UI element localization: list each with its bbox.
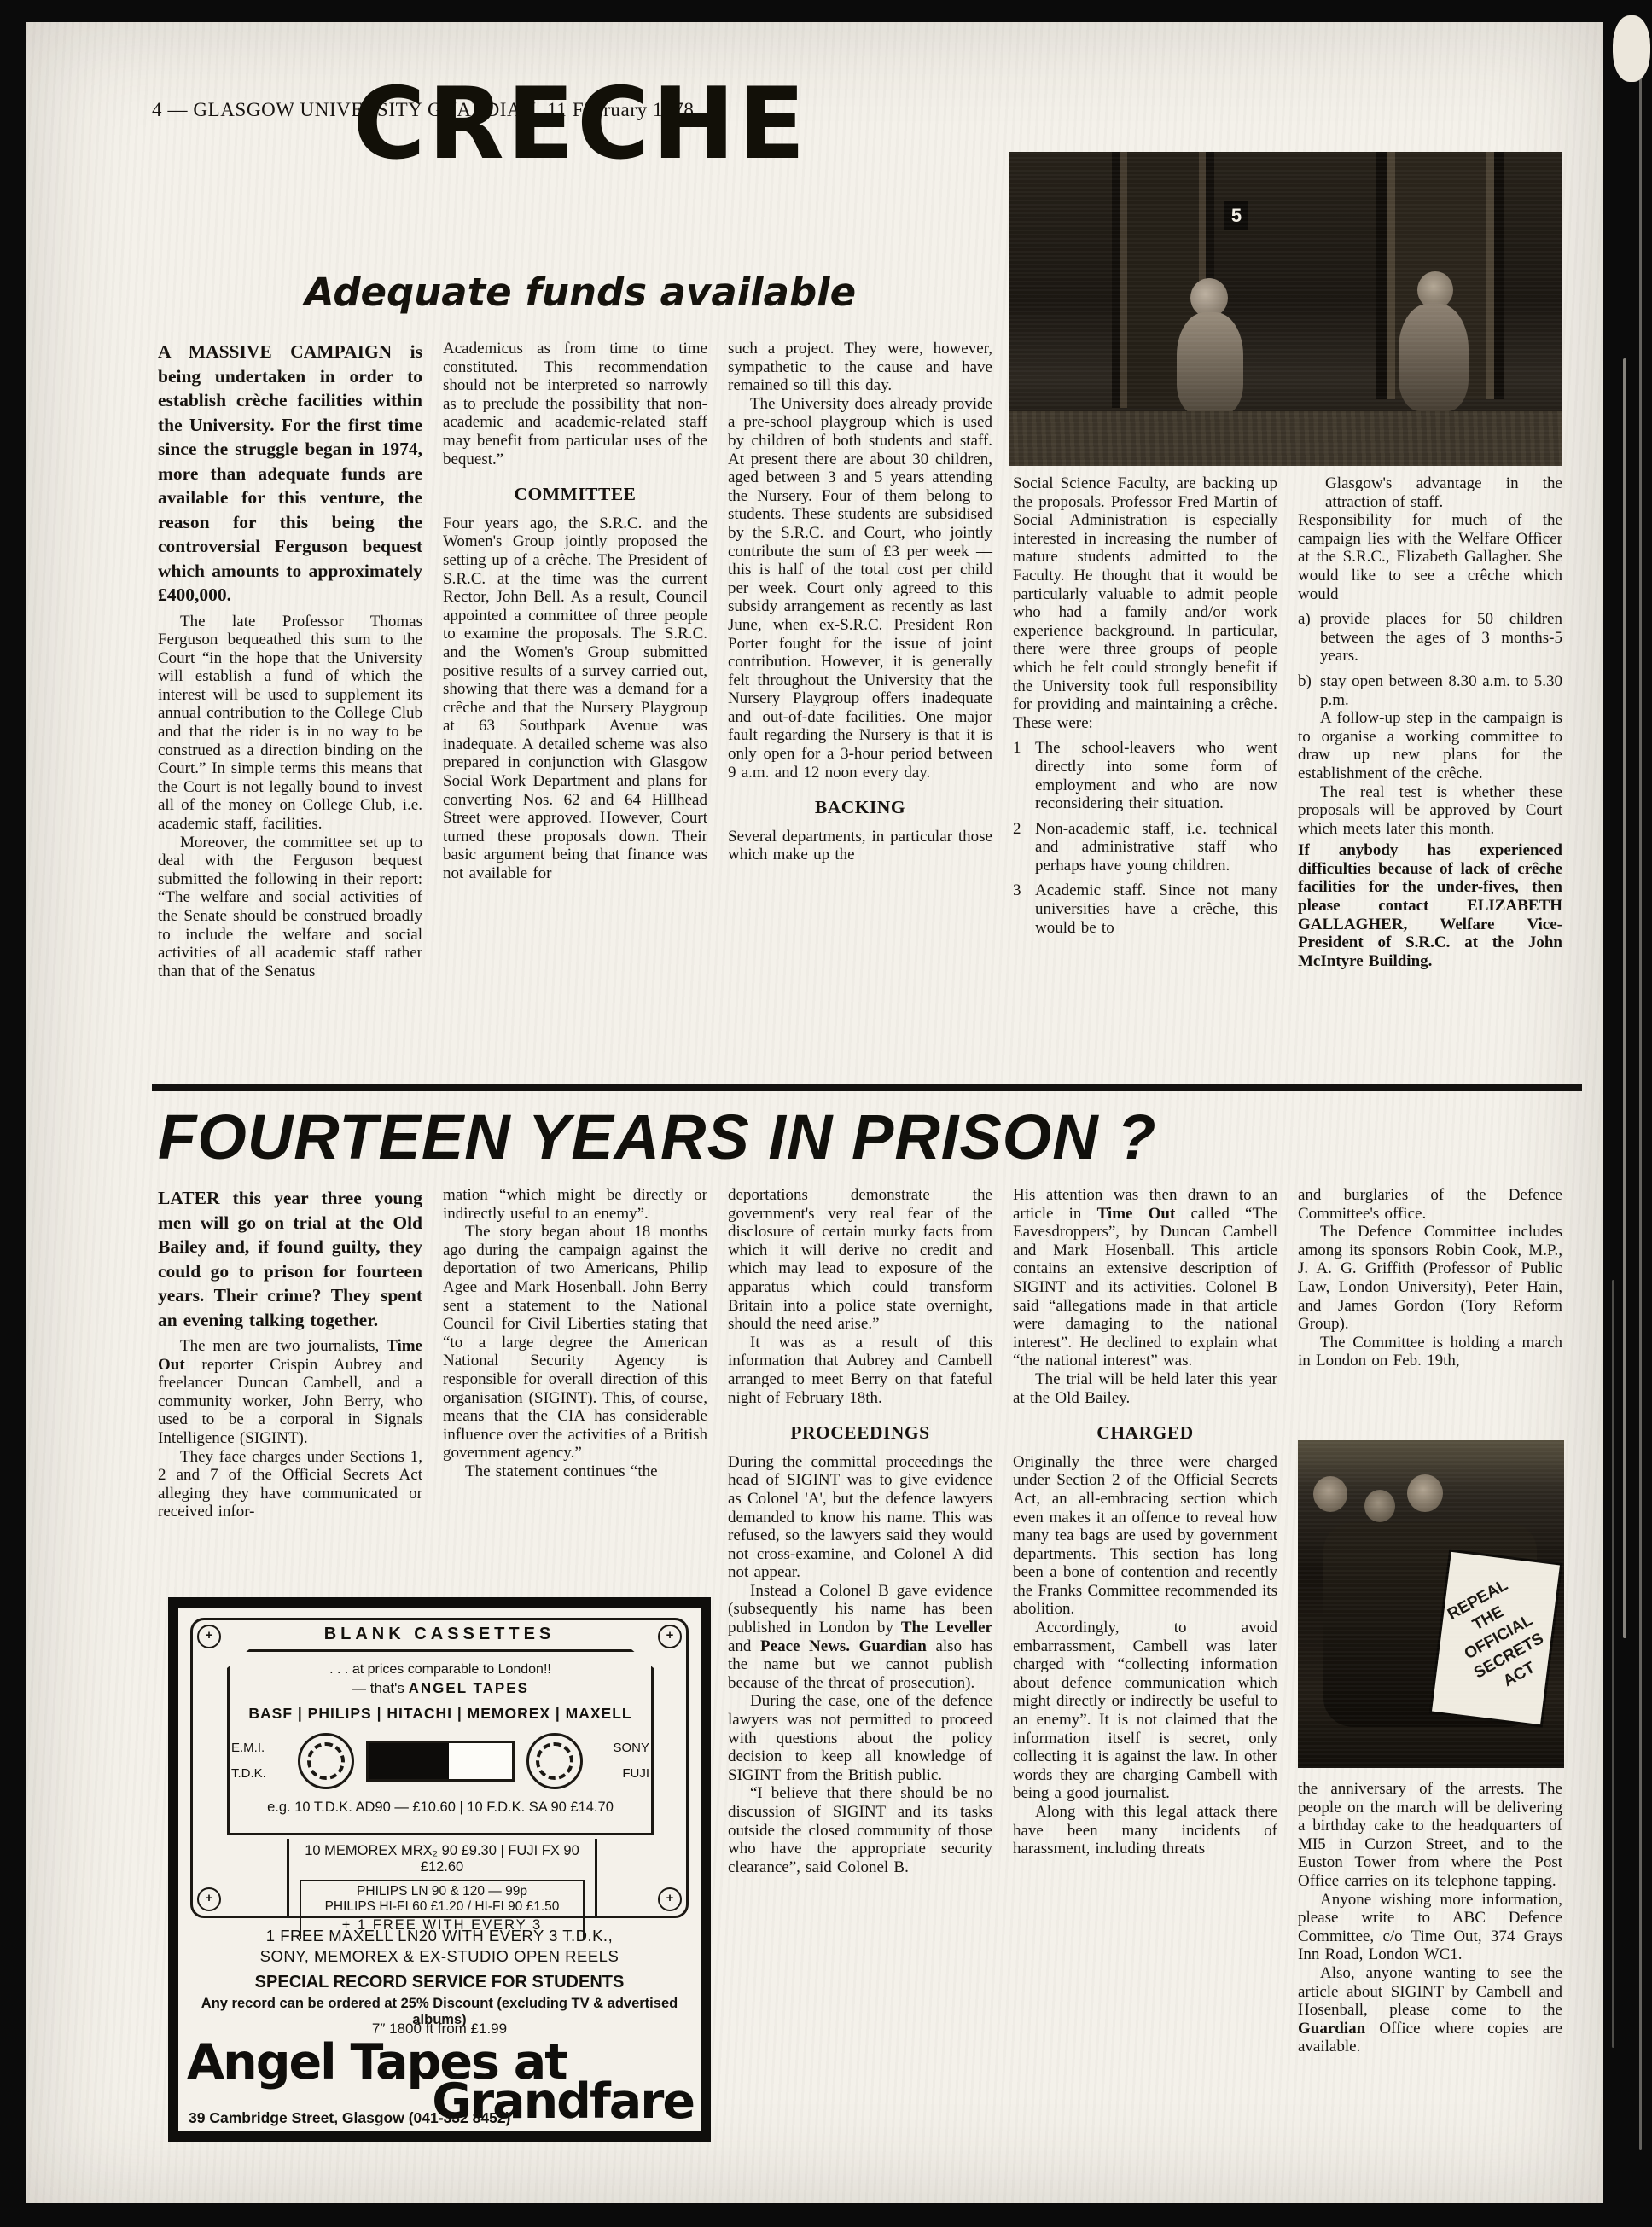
paragraph: The University does already provide a pr… [728, 395, 992, 782]
ad-brand-name: ANGEL TAPES [409, 1680, 529, 1696]
ad-right-brands: SONY FUJI [595, 1736, 649, 1787]
paragraph: Anyone wishing more information, please … [1298, 1891, 1562, 1964]
paragraph: Glasgow's advantage in the attraction of… [1298, 474, 1562, 511]
paragraph: Social Science Faculty, are backing up t… [1013, 474, 1277, 732]
ad-brand-line: — that's ANGEL TAPES [230, 1680, 651, 1697]
list-item-text: Academic staff. Since not many universit… [1035, 881, 1277, 937]
list-marker: 2 [1013, 820, 1035, 875]
ad-offer-line-2: SONY, MEMOREX & EX-STUDIO OPEN REELS [178, 1947, 701, 1966]
paragraph: The Defence Committee includes among its… [1298, 1223, 1562, 1334]
brand-emi: E.M.I. [231, 1736, 286, 1761]
cassette-graphic: + + + + BLANK CASSETTES . . . at prices … [190, 1618, 689, 1918]
column-subhead: BACKING [728, 799, 992, 817]
cassette-hub-icon [298, 1733, 354, 1789]
list-item-text: stay open between 8.30 a.m. to 5.30 p.m. [1320, 672, 1562, 709]
list-marker: 1 [1013, 739, 1035, 812]
prison-column-5-top: and burglaries of the Defence Committee'… [1298, 1186, 1562, 1370]
paragraph: Four years ago, the S.R.C. and the Women… [443, 515, 707, 883]
ad-offer-line-1: 1 FREE MAXELL LN20 WITH EVERY 3 T.D.K., [178, 1927, 701, 1945]
prison-column-1: LATER this year three young men will go … [158, 1186, 422, 1521]
list-marker: 3 [1013, 881, 1035, 937]
photo-children: 5 [1009, 152, 1562, 466]
paragraph: The statement continues “the [443, 1462, 707, 1481]
advert-angel-tapes: + + + + BLANK CASSETTES . . . at prices … [168, 1597, 711, 2142]
cassette-hub-row: E.M.I. T.D.K. SONY FUJI [230, 1733, 651, 1789]
list-item: 3Academic staff. Since not many universi… [1013, 881, 1277, 937]
list-item: 1The school-leavers who went directly in… [1013, 739, 1277, 812]
prison-column-4: His attention was then drawn to an artic… [1013, 1186, 1277, 1858]
screw-icon: + [197, 1887, 221, 1911]
ad-price-line-1: e.g. 10 T.D.K. AD90 — £10.60 | 10 F.D.K.… [230, 1800, 651, 1816]
paragraph: They face charges under Sections 1, 2 an… [158, 1448, 422, 1521]
ad-title: BLANK CASSETTES [193, 1625, 686, 1644]
brand-tdk: T.D.K. [231, 1761, 286, 1787]
cassette-window [366, 1741, 515, 1782]
paragraph: The late Professor Thomas Ferguson beque… [158, 613, 422, 834]
tape-fill [369, 1743, 449, 1779]
lead-paragraph: LATER this year three young men will go … [158, 1186, 422, 1332]
ad-price-line-4: PHILIPS HI-FI 60 £1.20 / HI-FI 90 £1.50 [305, 1899, 579, 1915]
creche-column-5: Glasgow's advantage in the attraction of… [1298, 474, 1562, 970]
paragraph: mation “which might be directly or indir… [443, 1186, 707, 1223]
creche-column-2: Academicus as from time to time constitu… [443, 340, 707, 883]
brand-fuji: FUJI [595, 1761, 649, 1787]
paragraph: Originally the three were charged under … [1013, 1453, 1277, 1619]
paragraph: and burglaries of the Defence Committee'… [1298, 1186, 1562, 1223]
list-marker: b) [1298, 672, 1320, 709]
ad-service-heading: SPECIAL RECORD SERVICE FOR STUDENTS [178, 1973, 701, 1992]
ad-address: 39 Cambridge Street, Glasgow (041-332 84… [189, 2109, 510, 2127]
paragraph: such a project. They were, however, symp… [728, 340, 992, 395]
paragraph: His attention was then drawn to an artic… [1013, 1186, 1277, 1370]
lead-paragraph: A MASSIVE CAMPAIGN is being undertaken i… [158, 340, 422, 608]
prison-headline: FOURTEEN YEARS IN PRISON ? [158, 1101, 1182, 1173]
paragraph: It was as a result of this information t… [728, 1334, 992, 1407]
paragraph: Also, anyone wanting to see the article … [1298, 1964, 1562, 2056]
paragraph: If anybody has experienced difficulties … [1298, 841, 1562, 970]
paragraph: Responsibility for much of the campaign … [1298, 511, 1562, 603]
newspaper-scan: 4 — GLASGOW UNIVERSITY GUARDIAN, 11 Febr… [0, 0, 1652, 2227]
section-divider-rule [152, 1084, 1582, 1091]
list-item: b)stay open between 8.30 a.m. to 5.30 p.… [1298, 672, 1562, 709]
paragraph: The story began about 18 months ago duri… [443, 1223, 707, 1462]
photo-grain [1009, 152, 1562, 466]
paragraph: Moreover, the committee set up to deal w… [158, 834, 422, 981]
paragraph: The Committee is holding a march in Lond… [1298, 1334, 1562, 1370]
brand-sony: SONY [595, 1736, 649, 1761]
column-subhead: CHARGED [1013, 1424, 1277, 1443]
paragraph: the anniversary of the arrests. The peop… [1298, 1780, 1562, 1891]
screw-icon: + [658, 1887, 682, 1911]
prison-column-3: deportations demonstrate the government'… [728, 1186, 992, 1876]
creche-subhead: Adequate funds available [158, 270, 1003, 315]
paragraph: The men are two journalists, Time Out re… [158, 1337, 422, 1448]
hub-teeth [307, 1742, 345, 1780]
photo-march: REPEAL THE OFFICIAL SECRETS ACT [1298, 1440, 1564, 1768]
paragraph: Accordingly, to avoid embarrassment, Cam… [1013, 1619, 1277, 1803]
paragraph: Several departments, in particular those… [728, 828, 992, 864]
prison-column-2: mation “which might be directly or indir… [443, 1186, 707, 1481]
ad-tagline: . . . at prices comparable to London!! [230, 1662, 651, 1678]
cassette-hub-icon [526, 1733, 583, 1789]
cassette-base: 10 MEMOREX MRX₂ 90 £9.30 | FUJI FX 90 £1… [287, 1839, 597, 1918]
list-item: 2Non-academic staff, i.e. technical and … [1013, 820, 1277, 875]
paragraph: Along with this legal attack there have … [1013, 1803, 1277, 1858]
creche-column-4: Social Science Faculty, are backing up t… [1013, 474, 1277, 937]
column-subhead: COMMITTEE [443, 486, 707, 504]
paragraph: Academicus as from time to time constitu… [443, 340, 707, 468]
scan-streak [1639, 77, 1642, 2150]
list-marker: a) [1298, 610, 1320, 666]
ad-price-line-3: PHILIPS LN 90 & 120 — 99p [305, 1884, 579, 1899]
ad-brand-prefix: — that's [352, 1680, 409, 1696]
prison-column-5-bottom: the anniversary of the arrests. The peop… [1298, 1780, 1562, 2056]
ad-brands-row: BASF | PHILIPS | HITACHI | MEMOREX | MAX… [230, 1705, 651, 1723]
paragraph: A follow-up step in the campaign is to o… [1298, 709, 1562, 782]
scan-streak [1623, 358, 1626, 1638]
paragraph: The real test is whether these proposals… [1298, 783, 1562, 839]
paragraph: deportations demonstrate the government'… [728, 1186, 992, 1334]
scan-streak [1612, 1280, 1614, 2048]
list-item: a)provide places for 50 children between… [1298, 610, 1562, 666]
photo-grain [1298, 1440, 1564, 1768]
list-item-text: Non-academic staff, i.e. technical and a… [1035, 820, 1277, 875]
ad-left-brands: E.M.I. T.D.K. [231, 1736, 286, 1787]
paragraph: “I believe that there should be no discu… [728, 1784, 992, 1876]
paragraph: During the committal proceedings the hea… [728, 1453, 992, 1582]
column-subhead: PROCEEDINGS [728, 1424, 992, 1443]
list-item-text: provide places for 50 children between t… [1320, 610, 1562, 666]
scan-artifact [1613, 15, 1650, 82]
cassette-label: . . . at prices comparable to London!! —… [227, 1649, 654, 1835]
creche-column-1: A MASSIVE CAMPAIGN is being undertaken i… [158, 340, 422, 980]
creche-column-3: such a project. They were, however, symp… [728, 340, 992, 864]
paragraph: Instead a Colonel B gave evidence (subse… [728, 1582, 992, 1693]
paragraph: During the case, one of the defence lawy… [728, 1692, 992, 1784]
paragraph: The trial will be held later this year a… [1013, 1370, 1277, 1407]
hub-teeth [536, 1742, 573, 1780]
creche-headline: CRECHE [158, 75, 1003, 174]
list-item-text: The school-leavers who went directly int… [1035, 739, 1277, 812]
newspaper-page: 4 — GLASGOW UNIVERSITY GUARDIAN, 11 Febr… [26, 22, 1603, 2203]
ad-price-line-2: 10 MEMOREX MRX₂ 90 £9.30 | FUJI FX 90 £1… [289, 1843, 595, 1875]
